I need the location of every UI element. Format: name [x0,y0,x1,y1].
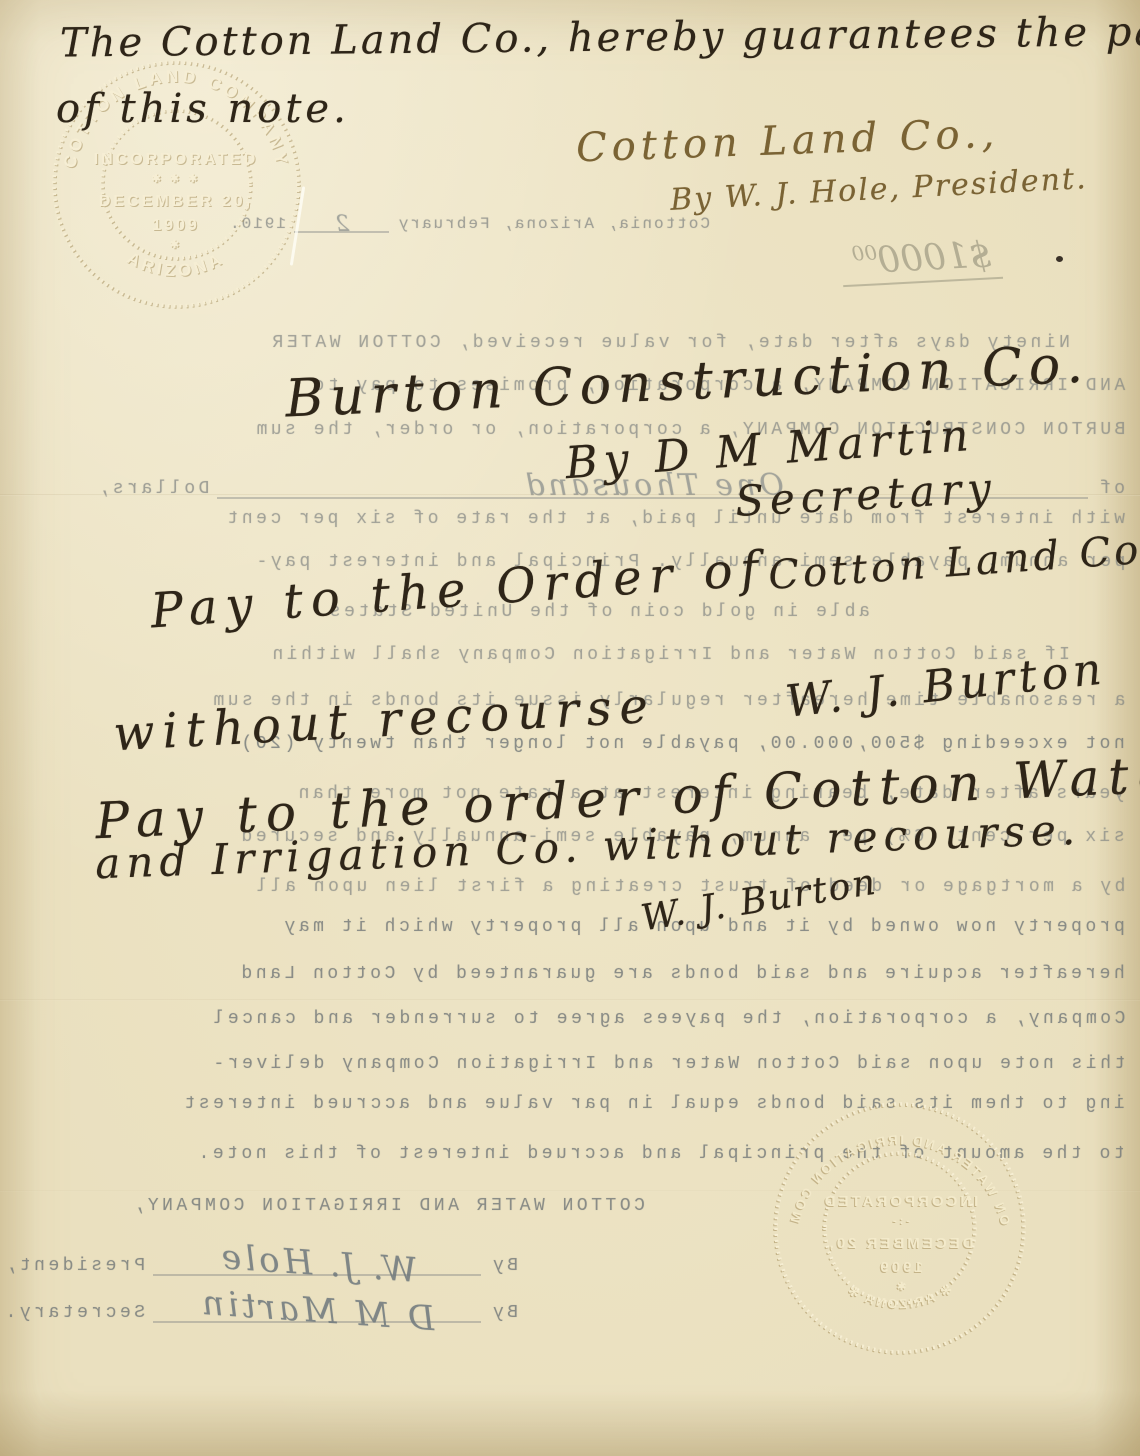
showthrough-place: Cottonia, Arizona, February [397,215,710,233]
sig-by: By [489,1256,518,1276]
guarantee-line-2: of this note. [56,86,350,132]
ghost-amount: $100000 [841,234,1003,287]
seal2-incorporated-text: INCORPORATED [822,1193,979,1210]
scanned-note-back-page: The Cotton Land Co., hereby guarantees t… [0,0,1140,1456]
ghost-date: 2 [333,212,349,237]
guarantee-line-1: The Cotton Land Co., hereby guarantees t… [60,7,1140,66]
endorsement1-payee: Cotton Land Co [767,527,1140,599]
sum-of: of [1096,479,1125,499]
sig-title-president: President, [2,1256,145,1276]
ghost-amount-dollars: $1000 [876,234,993,281]
showthrough-president-sig-line: By W. J. Hole President, [2,1234,518,1276]
secretary-blank-line: D M Martin [153,1281,481,1323]
ghost-amount-cents: 00 [851,240,878,265]
seal-stars: ✱ ✱ ✱ [152,173,201,185]
ink-speck [1056,256,1063,262]
seal-star: ✱ [170,239,182,251]
seal2-year-text: 1909 [877,1259,922,1276]
fold-crease [0,999,1140,1001]
seal2-divider: -:- [890,1215,910,1227]
sum-dollars: Dollars, [95,479,209,499]
showthrough-typed-line: hereafter acquire and said bonds are gua… [238,964,1125,984]
date-blank-line: 2 [294,206,389,233]
seal2-star: ✱ [894,1281,906,1293]
seal-date-text: DECEMBER 20, [99,193,253,210]
fold-crease [0,1190,1140,1192]
seal-incorporated-text: INCORPORATED [94,151,259,168]
showthrough-secretary-sig-line: By D M Martin Secretary. [2,1281,518,1323]
embossed-seal-cotton-water-irrigation-mirrored: ✻ COTTON WATER AND IRRIGATION COMPANY ✻ … [772,1100,1028,1356]
seal-year-text: 1909 [152,217,200,234]
seal-bottom-arc-text: ARIZONA [124,248,228,280]
showthrough-company-line: COTTON WATER AND IRRIGATION COMPANY, [130,1196,645,1216]
guarantee-signer: By W. J. Hole, President. [669,161,1088,218]
showthrough-typed-line: this note upon said Cotton Water and Irr… [210,1054,1125,1074]
sig-title-secretary: Secretary. [2,1303,145,1323]
sig-by: By [489,1303,518,1323]
showthrough-typed-line: Company, a corporation, the payees agree… [210,1009,1125,1029]
guarantee-company: Cotton Land Co., [575,111,1000,172]
president-blank-line: W. J. Hole [153,1234,481,1276]
ghost-signature-secretary: D M Martin [198,1283,437,1339]
seal2-date-text: DECEMBER 20, [827,1235,974,1252]
